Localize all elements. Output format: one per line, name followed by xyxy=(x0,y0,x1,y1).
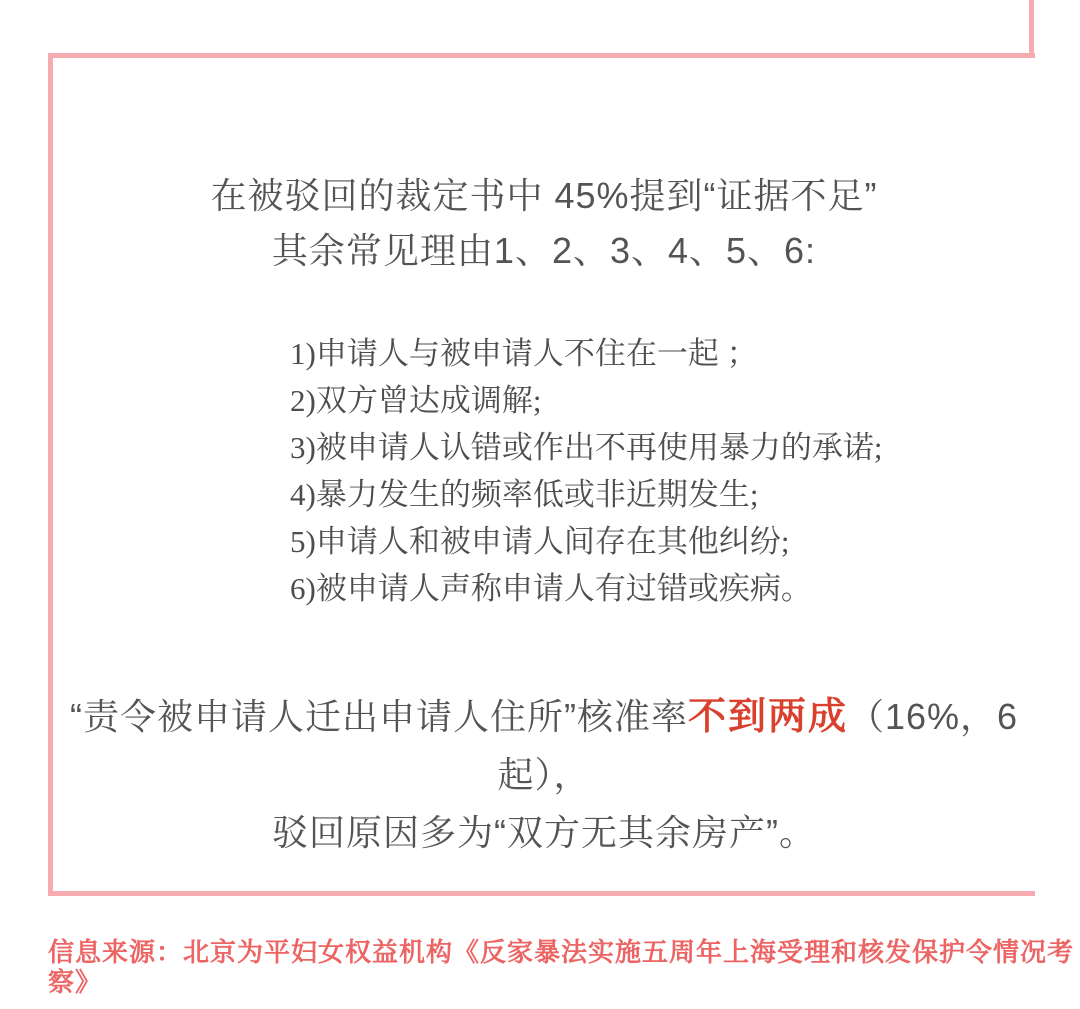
previous-frame-border-segment xyxy=(1029,0,1034,53)
heading-line-2: 其余常见理由1、2、3、4、5、6: xyxy=(53,223,1035,278)
heading-line-1: 在被驳回的裁定书中 45%提到“证据不足” xyxy=(53,168,1035,223)
list-item: 2)双方曾达成调解; xyxy=(290,377,882,424)
list-item: 4)暴力发生的频率低或非近期发生; xyxy=(290,471,882,518)
list-item: 6)被申请人声称申请人有过错或疾病。 xyxy=(290,565,882,612)
conclusion-line-1: “责令被申请人迁出申请人住所”核准率不到两成（16%，6起）， xyxy=(53,688,1035,804)
conclusion-paragraph: “责令被申请人迁出申请人住所”核准率不到两成（16%，6起）， 驳回原因多为“双… xyxy=(53,688,1035,862)
stat-panel: 在被驳回的裁定书中 45%提到“证据不足” 其余常见理由1、2、3、4、5、6:… xyxy=(48,53,1035,896)
rejection-reasons-list: 1)申请人与被申请人不住在一起 ； 2)双方曾达成调解; 3)被申请人认错或作出… xyxy=(290,330,882,612)
conclusion-highlight: 不到两成 xyxy=(688,696,848,738)
list-item: 3)被申请人认错或作出不再使用暴力的承诺; xyxy=(290,424,882,471)
list-item: 1)申请人与被申请人不住在一起 ； xyxy=(290,330,882,377)
conclusion-line-2: 驳回原因多为“双方无其余房产”。 xyxy=(53,804,1035,862)
list-item: 5)申请人和被申请人间存在其他纠纷; xyxy=(290,518,882,565)
panel-heading: 在被驳回的裁定书中 45%提到“证据不足” 其余常见理由1、2、3、4、5、6: xyxy=(53,168,1035,278)
source-note: 信息来源：北京为平妇女权益机构《反家暴法实施五周年上海受理和核发保护令情况考察》 xyxy=(48,938,1080,998)
conclusion-prefix: “责令被申请人迁出申请人住所”核准率 xyxy=(70,696,688,737)
